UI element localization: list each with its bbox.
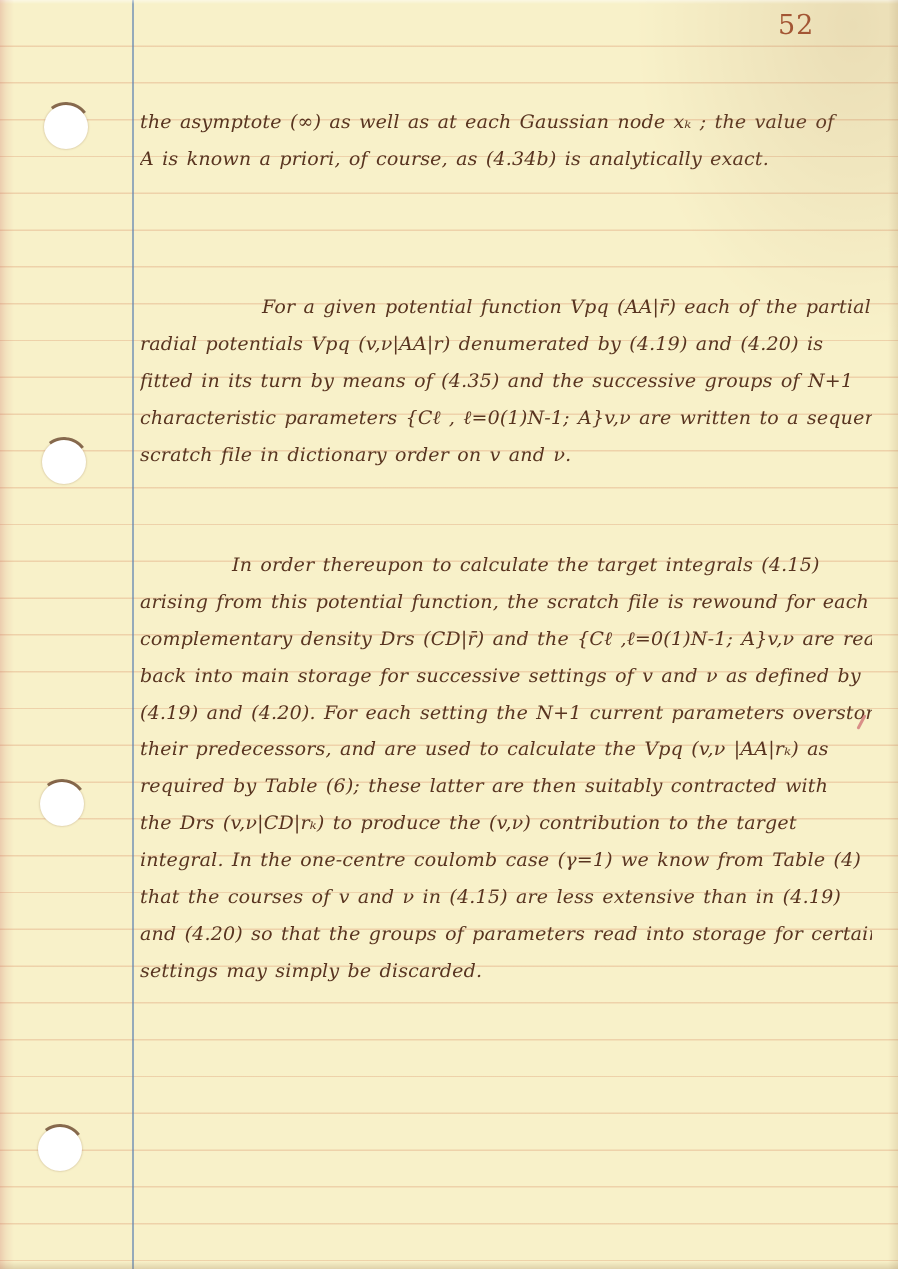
handwritten-line: their predecessors, and are used to calc…: [140, 731, 872, 768]
paragraph-3: In order thereupon to calculate the targ…: [140, 547, 872, 990]
paragraph-1: the asymptote (∞) as well as at each Gau…: [140, 104, 872, 178]
handwritten-line: A is known a priori, of course, as (4.34…: [140, 141, 872, 178]
punch-hole: [42, 440, 86, 484]
handwritten-line: integral. In the one-centre coulomb case…: [140, 842, 872, 879]
handwritten-line: required by Table (6); these latter are …: [140, 768, 872, 805]
page-number: 52: [778, 10, 814, 41]
notebook-page: 52 the asymptote (∞) as well as at each …: [0, 0, 898, 1269]
punch-hole: [40, 782, 84, 826]
handwritten-line: radial potentials Vpq (v,ν|AA|r) denumer…: [140, 326, 872, 363]
handwritten-line: back into main storage for successive se…: [140, 658, 872, 695]
paragraph-2: For a given potential function Vpq (AA|r…: [140, 289, 872, 473]
handwritten-line: that the courses of v and ν in (4.15) ar…: [140, 879, 872, 916]
handwritten-line: complementary density Drs (CD|r̄) and th…: [140, 621, 872, 658]
handwritten-line: the asymptote (∞) as well as at each Gau…: [140, 104, 872, 141]
handwritten-line: and (4.20) so that the groups of paramet…: [140, 916, 872, 953]
margin-line: [132, 0, 134, 1269]
handwritten-line: scratch file in dictionary order on v an…: [140, 437, 872, 474]
punch-hole: [44, 105, 88, 149]
handwritten-line: settings may simply be discarded.: [140, 953, 872, 990]
punch-hole: [38, 1127, 82, 1171]
handwritten-line: the Drs (v,ν|CD|rₖ) to produce the (v,ν)…: [140, 805, 872, 842]
handwritten-line: For a given potential function Vpq (AA|r…: [140, 289, 872, 326]
handwritten-line: arising from this potential function, th…: [140, 584, 872, 621]
handwritten-line: (4.19) and (4.20). For each setting the …: [140, 695, 872, 732]
handwritten-line: fitted in its turn by means of (4.35) an…: [140, 363, 872, 400]
handwritten-line: characteristic parameters {Cℓ , ℓ=0(1)N-…: [140, 400, 872, 437]
handwritten-line: In order thereupon to calculate the targ…: [140, 547, 872, 584]
